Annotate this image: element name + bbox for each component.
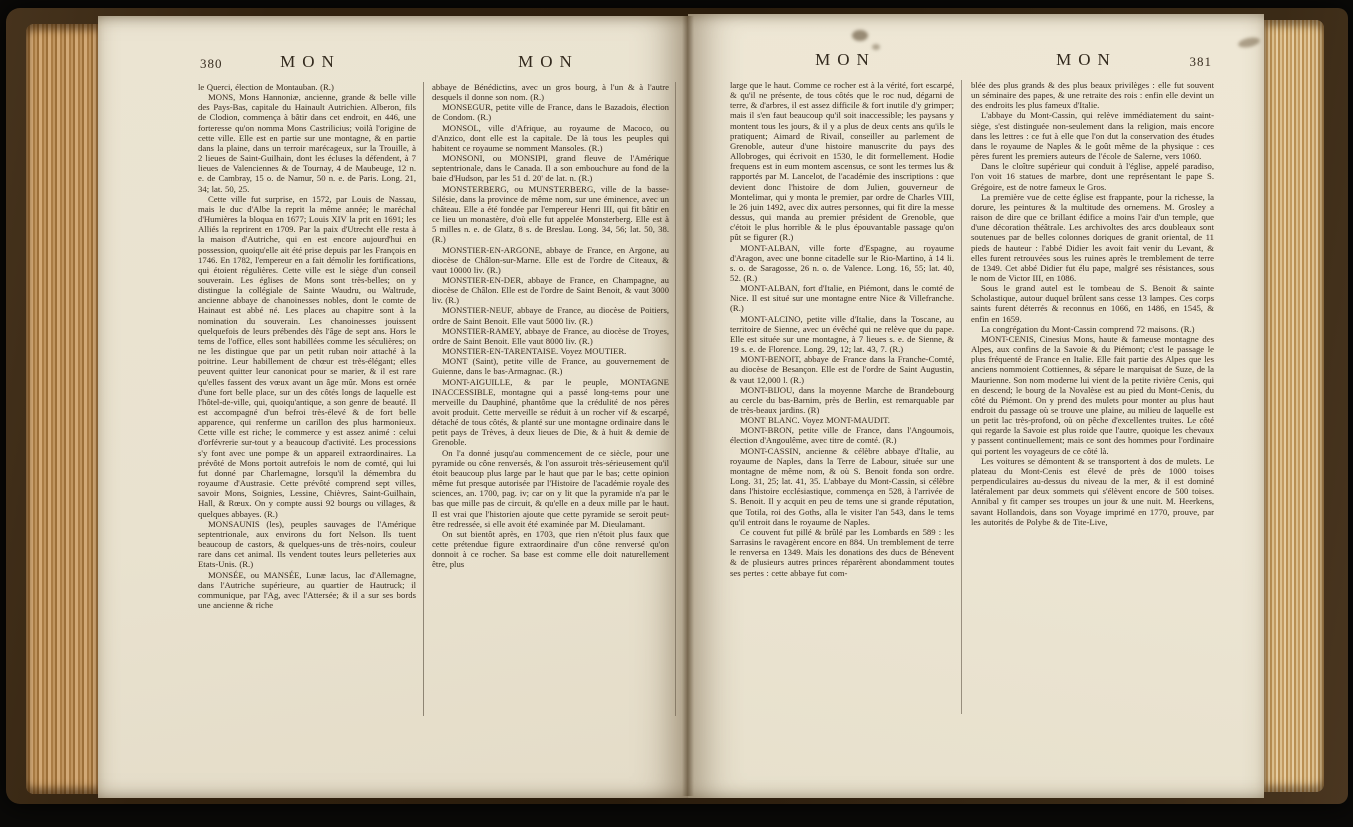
paragraph: MONSAUNIS (les), peuples sauvages de l'A… <box>198 519 416 570</box>
paragraph: Dans le cloître supérieur qui conduit à … <box>971 161 1214 191</box>
running-head-row-right: MON MON <box>730 50 1212 70</box>
text-block-left: le Querci, élection de Montauban. (R.)MO… <box>198 82 676 716</box>
text-column: abbaye de Bénédictins, avec un gros bour… <box>424 82 676 716</box>
paragraph: MONT-BIJOU, dans la moyenne Marche de Br… <box>730 385 954 415</box>
paragraph: Cette ville fut surprise, en 1572, par L… <box>198 194 416 519</box>
book: 380 MON MON le Querci, élection de Monta… <box>6 8 1348 804</box>
paragraph: MONT-CASSIN, ancienne & célèbre abbaye d… <box>730 446 954 527</box>
paragraph: MONSÉE, ou MANSÉE, Lunæ lacus, lac d'All… <box>198 570 416 611</box>
paragraph: L'abbaye du Mont-Cassin, qui relève immé… <box>971 110 1214 161</box>
paragraph: Sous le grand autel est le tombeau de S.… <box>971 283 1214 324</box>
paragraph: La première vue de cette église est frap… <box>971 192 1214 283</box>
running-head-row-left: MON MON <box>198 52 674 72</box>
photo-background: 380 MON MON le Querci, élection de Monta… <box>0 0 1353 827</box>
paragraph: abbaye de Bénédictins, avec un gros bour… <box>432 82 669 102</box>
paragraph: MONSTIER-RAMEY, abbaye de France, au dio… <box>432 326 669 346</box>
paragraph: MONSOL, ville d'Afrique, au royaume de M… <box>432 123 669 153</box>
paragraph: MONT BLANC. Voyez MONT-MAUDIT. <box>730 415 954 425</box>
paragraph: MONT-ALCINO, petite ville d'Italie, dans… <box>730 314 954 355</box>
paragraph: MONSTERBERG, ou MUNSTERBERG, ville de la… <box>432 184 669 245</box>
paragraph: MONT-ALBAN, fort d'Italie, en Piémont, d… <box>730 283 954 313</box>
paragraph: MONSTIER-EN-TARENTAISE. Voyez MOUTIER. <box>432 346 669 356</box>
page-stack-left-edge <box>26 24 100 794</box>
paragraph: MONT-CENIS, Cinesius Mons, haute & fameu… <box>971 334 1214 456</box>
paragraph: MONT-AIGUILLE, & par le peuple, MONTAGNE… <box>432 377 669 448</box>
ink-smudge <box>872 44 880 50</box>
text-column: le Querci, élection de Montauban. (R.)MO… <box>198 82 424 716</box>
paragraph: MONT-BENOIT, abbaye de France dans la Fr… <box>730 354 954 384</box>
paragraph: On sut bientôt après, en 1703, que rien … <box>432 529 669 570</box>
paragraph: large que le haut. Comme ce rocher est à… <box>730 80 954 243</box>
page-stack-right-edge <box>1264 20 1324 792</box>
text-column: large que le haut. Comme ce rocher est à… <box>730 80 962 714</box>
paragraph: MONSONI, ou MONSIPI, grand fleuve de l'A… <box>432 153 669 183</box>
paragraph: MONT-BRON, petite ville de France, dans … <box>730 425 954 445</box>
paragraph: le Querci, élection de Montauban. (R.) <box>198 82 416 92</box>
paragraph: MONSTIER-EN-ARGONE, abbaye de France, en… <box>432 245 669 275</box>
running-head: MON <box>416 52 674 72</box>
paragraph: blée des plus grands & des plus beaux pr… <box>971 80 1214 110</box>
paragraph: Les voitures se démontent & se transport… <box>971 456 1214 527</box>
paragraph: La congrégation du Mont-Cassin comprend … <box>971 324 1214 334</box>
ink-smudge <box>852 30 868 41</box>
gutter-shadow <box>682 16 694 796</box>
text-block-right: large que le haut. Comme ce rocher est à… <box>730 80 1214 714</box>
page-right: 381 MON MON large que le haut. Comme ce … <box>688 14 1264 798</box>
text-column: blée des plus grands & des plus beaux pr… <box>962 80 1214 714</box>
running-head: MON <box>730 50 954 70</box>
paragraph: MONT (Saint), petite ville de France, au… <box>432 356 669 376</box>
paragraph: MONSTIER-EN-DER, abbaye de France, en Ch… <box>432 275 669 305</box>
paragraph: MONSEGUR, petite ville de France, dans l… <box>432 102 669 122</box>
page-left: 380 MON MON le Querci, élection de Monta… <box>98 16 688 798</box>
paragraph: MONT-ALBAN, ville forte d'Espagne, au ro… <box>730 243 954 284</box>
paragraph: MONSTIER-NEUF, abbaye de France, au dioc… <box>432 305 669 325</box>
paragraph: On l'a donné jusqu'au commencement de ce… <box>432 448 669 529</box>
paragraph: Ce couvent fut pillé & brûlé par les Lom… <box>730 527 954 578</box>
running-head: MON <box>198 52 416 72</box>
paragraph: MONS, Mons Hannoniæ, ancienne, grande & … <box>198 92 416 194</box>
running-head: MON <box>954 50 1212 70</box>
